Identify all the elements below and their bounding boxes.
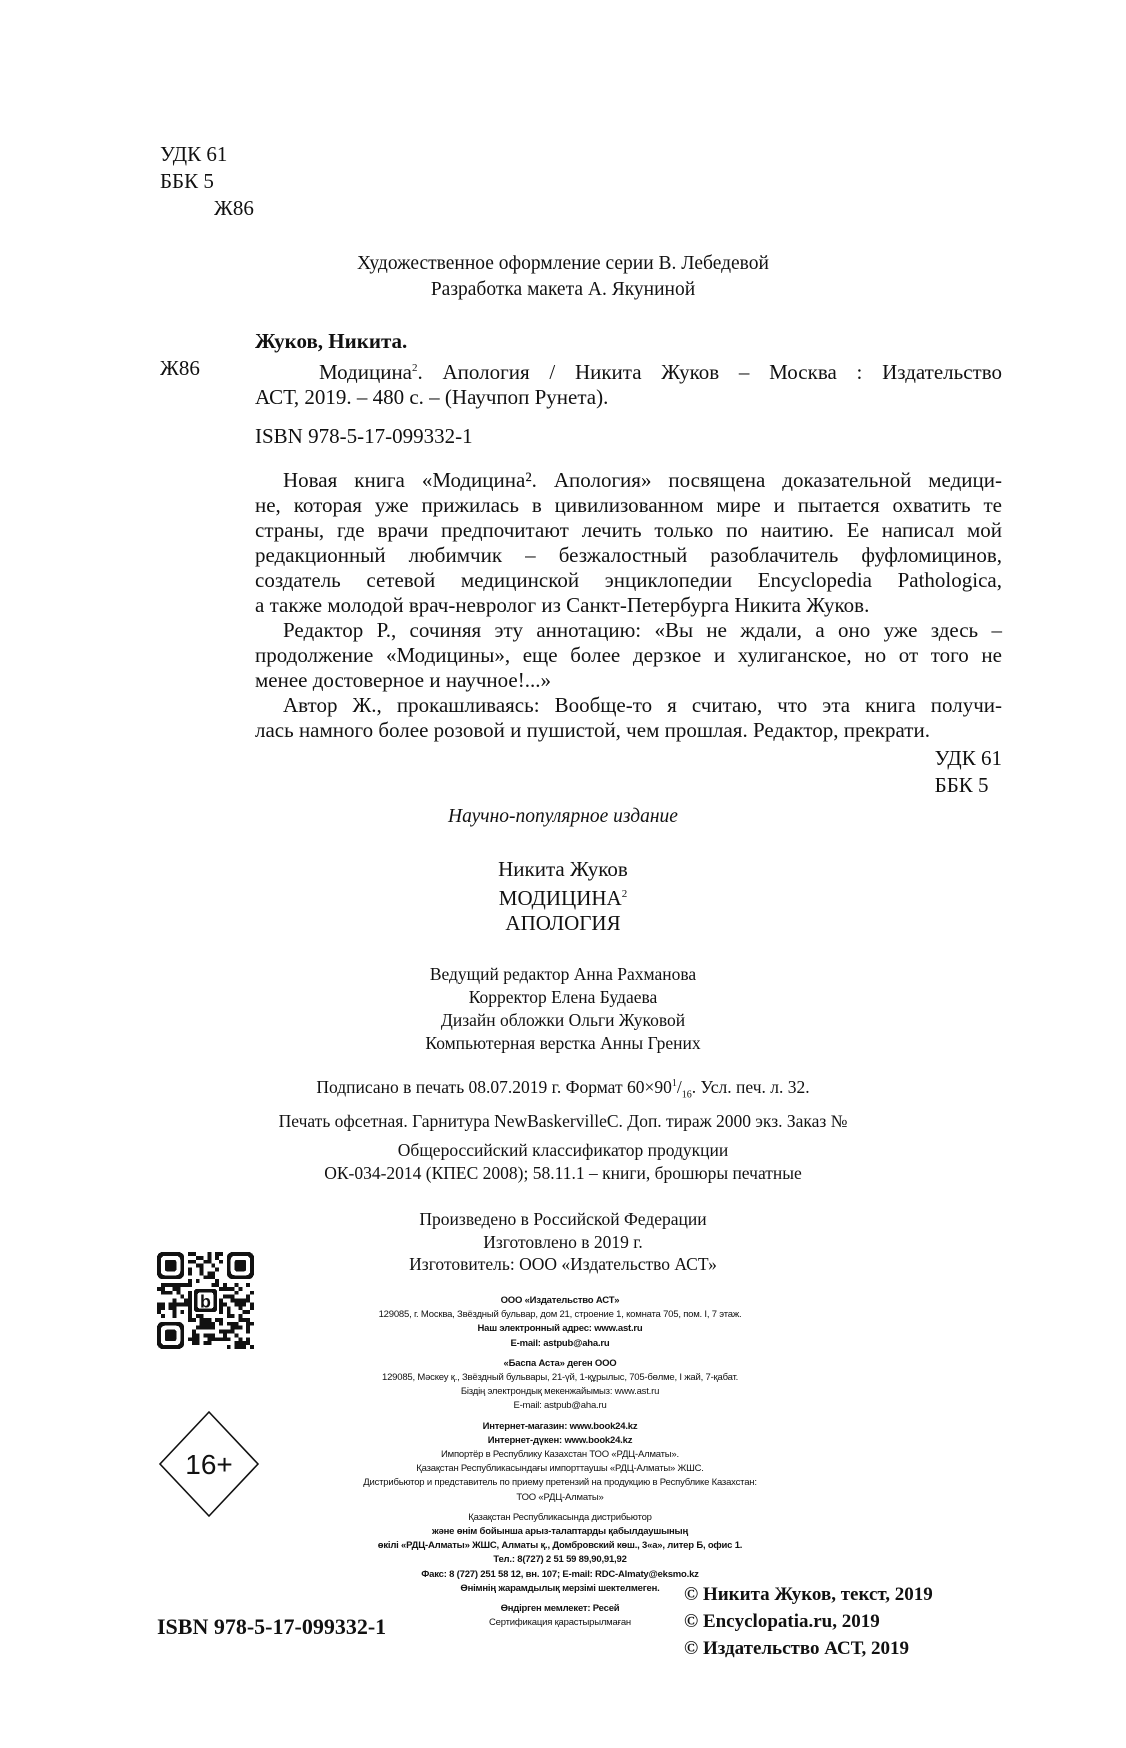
small-print-line: Тел.: 8(727) 2 51 59 89,90,91,92 — [290, 1553, 830, 1567]
small-print: ООО «Издательство АСТ»129085, г. Москва,… — [290, 1294, 830, 1630]
annotation-line: страны, где врачи предпочитают лечить то… — [255, 518, 1002, 543]
annotation: Новая книга «Модицина². Апология» посвящ… — [255, 468, 1002, 743]
small-print-line: Факс: 8 (727) 251 58 12, вн. 107; E-mail… — [290, 1568, 830, 1582]
print-info-text: Подписано в печать 08.07.2019 г. Формат … — [316, 1077, 672, 1097]
qr-code-icon: b — [157, 1252, 254, 1349]
made-in: Произведено в Российской Федерации — [0, 1208, 1126, 1231]
small-print-line: Қазақстан Республикасында дистрибьютор — [290, 1511, 830, 1525]
annotation-line: создатель сетевой медицинской энциклопед… — [255, 568, 1002, 593]
made-year: Изготовлено в 2019 г. — [0, 1231, 1126, 1254]
svg-text:b: b — [200, 1291, 211, 1311]
book-title: МОДИЦИНА2 — [0, 882, 1126, 911]
bbk-code-bottom: ББК 5 — [935, 773, 1002, 800]
proofreader: Корректор Елена Будаева — [0, 986, 1126, 1009]
title-block: Никита Жуков МОДИЦИНА2 АПОЛОГИЯ — [0, 857, 1126, 936]
age-rating-text: 16+ — [185, 1449, 233, 1480]
genre-label: Научно-популярное издание — [0, 805, 1126, 829]
design-credits: Художественное оформление серии В. Лебед… — [0, 252, 1126, 304]
bbk-code: ББК 5 — [160, 169, 227, 196]
small-print-line: Қазақстан Республикасындағы импорттаушы … — [290, 1462, 830, 1476]
annotation-line: лась намного более розовой и пушистой, ч… — [255, 718, 1002, 743]
annotation-line: продолжение «Модицины», еще более дерзко… — [255, 643, 1002, 668]
isbn-main-text: ISBN 978-5-17-099332-1 — [255, 424, 473, 449]
small-print-line: Импортёр в Республику Казахстан ТОО «РДЦ… — [290, 1448, 830, 1462]
annotation-line: не, которая уже прижилась в цивилизованн… — [255, 493, 1002, 518]
annotation-line: редакционный любимчик – безжалостный раз… — [255, 543, 1002, 568]
udk-code-bottom: УДК 61 — [935, 746, 1002, 773]
author-mark-top: Ж86 — [214, 196, 254, 221]
classification-top: УДК 61 ББК 5 — [160, 142, 227, 196]
small-print-line: Интернет-дүкен: www.book24.kz — [290, 1434, 830, 1448]
lead-editor: Ведущий редактор Анна Рахманова — [0, 963, 1126, 986]
classifier-title: Общероссийский классификатор продукции — [0, 1139, 1126, 1162]
print-info-rest: . Усл. печ. л. 32. — [692, 1077, 810, 1097]
print-info-line-2: Печать офсетная. Гарнитура NewBaskervill… — [0, 1108, 1126, 1134]
book-subtitle: АПОЛОГИЯ — [0, 911, 1126, 936]
author-heading: Жуков, Никита. — [255, 329, 407, 354]
copyright-publisher: © Издательство АСТ, 2019 — [684, 1635, 933, 1662]
book-title-superscript: 2 — [622, 888, 628, 900]
copyright-encyclopatia: © Encyclopatia.ru, 2019 — [684, 1608, 933, 1635]
small-print-line: Интернет-магазин: www.book24.kz — [290, 1420, 830, 1434]
copyright-author: © Никита Жуков, текст, 2019 — [684, 1581, 933, 1608]
small-print-line: ООО «Издательство АСТ» — [290, 1294, 830, 1308]
small-print-line: және өнім бойынша арыз-талаптарды қабылд… — [290, 1525, 830, 1539]
classifier-code: ОК-034-2014 (КПЕС 2008); 58.11.1 – книги… — [0, 1162, 1126, 1185]
bib-title: Модицина — [319, 360, 412, 384]
print-info: Подписано в печать 08.07.2019 г. Формат … — [0, 1071, 1126, 1134]
small-print-line: Наш электронный адрес: www.ast.ru — [290, 1322, 830, 1336]
annotation-line: а также молодой врач-невролог из Санкт-П… — [255, 593, 1002, 618]
copyright-block: © Никита Жуков, текст, 2019 © Encyclopat… — [684, 1581, 933, 1662]
small-print-line: Дистрибьютор и представитель по приему п… — [290, 1476, 830, 1490]
isbn-main: ISBN 978-5-17-099332-1 — [255, 424, 473, 449]
small-print-line: «Баспа Аста» деген ООО — [290, 1357, 830, 1371]
small-print-line: 129085, Мәскеу қ., Звёздный бульвары, 21… — [290, 1371, 830, 1385]
annotation-line: Новая книга «Модицина². Апология» посвящ… — [255, 468, 1002, 493]
bib-line-1: Модицина2. Апология / Никита Жуков – Мос… — [255, 356, 1002, 385]
title-author: Никита Жуков — [0, 857, 1126, 882]
small-print-line: ТОО «РДЦ-Алматы» — [290, 1491, 830, 1505]
bib-line-1-rest: . Апология / Никита Жуков – Москва : Изд… — [418, 360, 1002, 384]
print-info-line-1: Подписано в печать 08.07.2019 г. Формат … — [0, 1071, 1126, 1108]
series-design-credit: Художественное оформление серии В. Лебед… — [0, 252, 1126, 278]
small-print-line: E-mail: astpub@aha.ru — [290, 1337, 830, 1351]
bib-line-2: АСТ, 2019. – 480 с. – (Научпоп Рунета). — [255, 385, 1002, 410]
annotation-line: Редактор Р., сочиняя эту аннотацию: «Вы … — [255, 618, 1002, 643]
annotation-line: Автор Ж., прокашливаясь: Вообще-то я счи… — [255, 693, 1002, 718]
typesetting: Компьютерная верстка Анны Грених — [0, 1032, 1126, 1055]
isbn-bottom: ISBN 978-5-17-099332-1 — [157, 1614, 386, 1640]
small-print-line: 129085, г. Москва, Звёздный бульвар, дом… — [290, 1308, 830, 1322]
small-print-line: E-mail: astpub@aha.ru — [290, 1399, 830, 1413]
small-print-line: Біздің электрондық мекенжайымыз: www.ast… — [290, 1385, 830, 1399]
format-sub: 16 — [682, 1089, 692, 1100]
book-title-text: МОДИЦИНА — [499, 886, 622, 910]
bibliographic-entry: Модицина2. Апология / Никита Жуков – Мос… — [255, 356, 1002, 410]
classification-bottom: УДК 61 ББК 5 — [935, 746, 1002, 800]
udk-code: УДК 61 — [160, 142, 227, 169]
annotation-line: менее достоверное и научное!...» — [255, 668, 1002, 693]
small-print-line: өкілі «РДЦ-Алматы» ЖШС, Алматы қ., Домбр… — [290, 1539, 830, 1553]
staff-credits: Ведущий редактор Анна Рахманова Корректо… — [0, 963, 1126, 1055]
product-classifier: Общероссийский классификатор продукции О… — [0, 1139, 1126, 1185]
cover-design: Дизайн обложки Ольги Жуковой — [0, 1009, 1126, 1032]
author-mark: Ж86 — [160, 356, 200, 381]
age-rating-badge: 16+ — [158, 1410, 260, 1518]
layout-credit: Разработка макета А. Якуниной — [0, 278, 1126, 304]
